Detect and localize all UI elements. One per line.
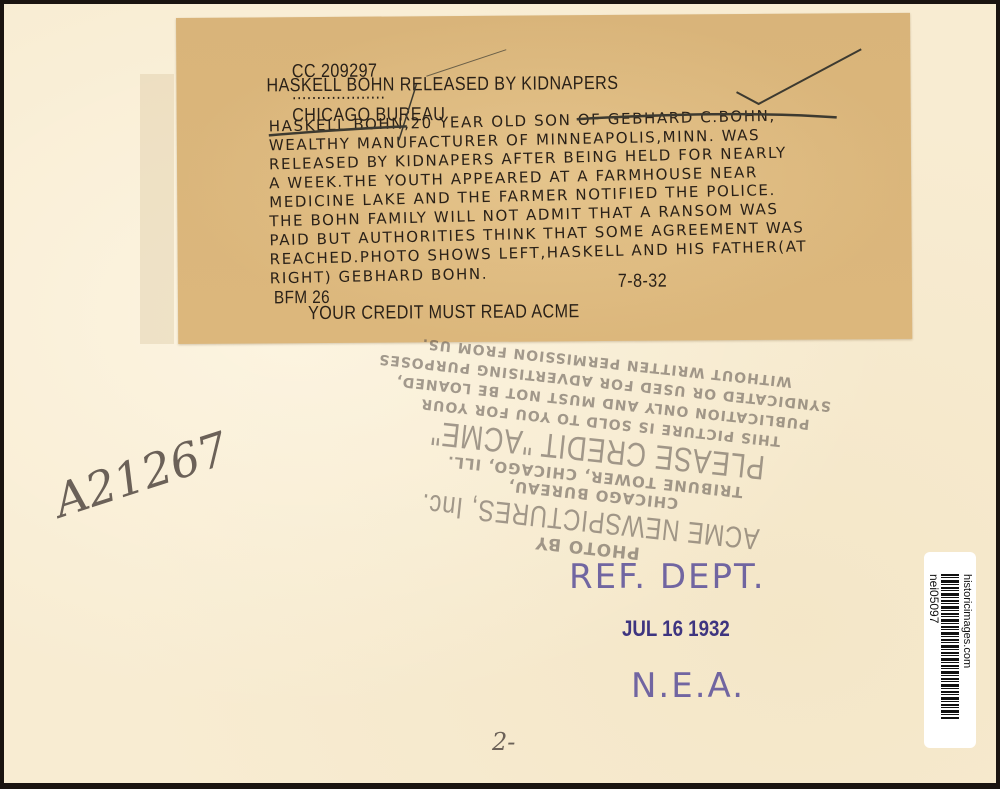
acme-rubber-stamp: PHOTO BY ACME NEWSPICTURES, Inc. CHICAGO…	[342, 281, 856, 591]
ref-dept-stamp: REF. DEPT.	[569, 557, 766, 597]
paper-shadow	[140, 74, 174, 344]
caption-slip: CC 209297 ................... CHICAGO BU…	[176, 13, 912, 344]
barcode-site: historicimages.com	[961, 574, 973, 668]
barcode-icon	[941, 574, 959, 720]
photo-back-paper: CC 209297 ................... CHICAGO BU…	[4, 4, 996, 783]
barcode-id: nei05097	[927, 574, 941, 623]
handwritten-archive-number: A21267	[47, 421, 234, 528]
pencil-marks-icon	[176, 13, 912, 344]
nea-stamp: N.E.A.	[631, 666, 745, 706]
handwritten-page-mark: 2-	[492, 728, 515, 756]
barcode-label: historicimages.com nei05097	[924, 552, 976, 748]
ref-date-stamp: JUL 16 1932	[622, 616, 730, 642]
